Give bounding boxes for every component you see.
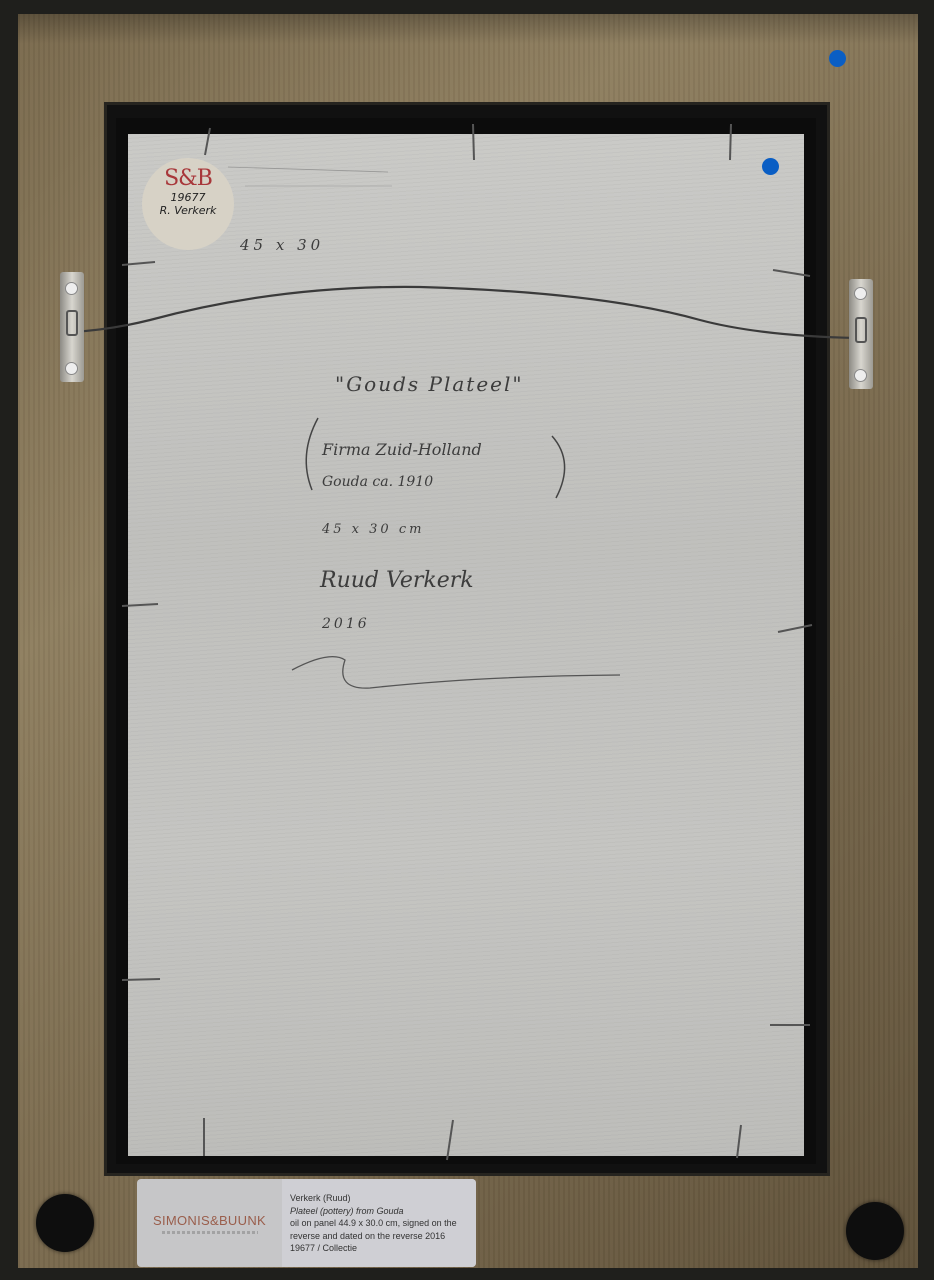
brand-logo: SIMONIS&BUUNK: [153, 1213, 266, 1228]
framed-painting-reverse: S&B 19677 R. Verkerk 45 x 30 "Gouds Plat…: [0, 0, 934, 1280]
screw-icon: [854, 287, 867, 300]
brand-tagline: [162, 1231, 258, 1234]
screw-icon: [854, 369, 867, 382]
hanger-slot: [66, 310, 78, 336]
screw-icon: [65, 282, 78, 295]
label-artist: Verkerk (Ruud): [290, 1192, 470, 1205]
label-details-3: 19677 / Collectie: [290, 1242, 470, 1255]
right-wall-bumper: [846, 1202, 904, 1260]
label-details: Verkerk (Ruud) Plateel (pottery) from Go…: [282, 1179, 476, 1267]
left-d-ring-hanger: [60, 272, 84, 382]
right-d-ring-hanger: [849, 279, 873, 389]
screw-icon: [65, 362, 78, 375]
label-title: Plateel (pottery) from Gouda: [290, 1205, 470, 1218]
label-brand-area: SIMONIS&BUUNK: [137, 1179, 282, 1267]
left-wall-bumper: [36, 1194, 94, 1252]
gallery-label: SIMONIS&BUUNK Verkerk (Ruud) Plateel (po…: [137, 1179, 476, 1267]
wire-and-marks: [0, 0, 934, 1280]
hanger-slot: [855, 317, 867, 343]
label-details-1: oil on panel 44.9 x 30.0 cm, signed on t…: [290, 1217, 470, 1230]
label-details-2: reverse and dated on the reverse 2016: [290, 1230, 470, 1243]
